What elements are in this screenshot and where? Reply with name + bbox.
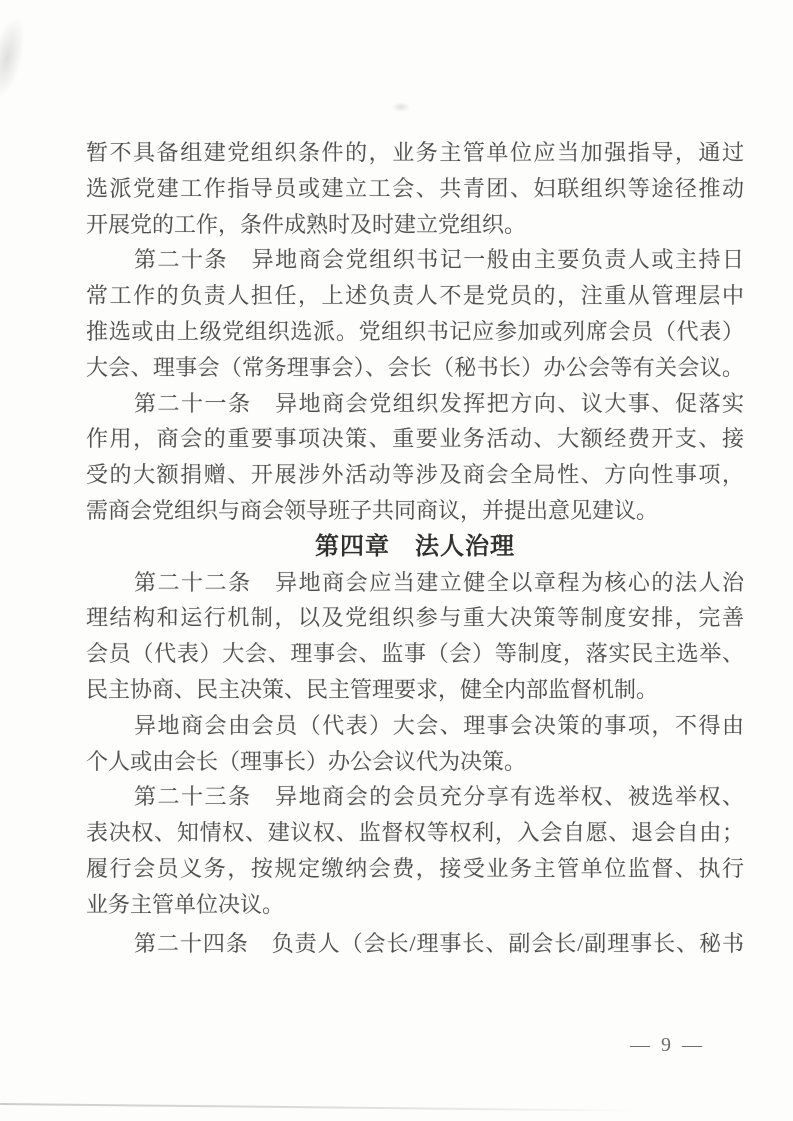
- body-line: 需商会党组织与商会领导班子共同商议，并提出意见建议。: [86, 493, 744, 529]
- body-line: 民主协商、民主决策、民主管理要求，健全内部监督机制。: [86, 672, 744, 708]
- scan-artifact-crease: [0, 1103, 650, 1112]
- body-line: 推选或由上级党组织选派。党组织书记应参加或列席会员（代表）: [86, 314, 744, 350]
- scan-artifact-mark: [392, 102, 410, 112]
- scan-artifact-smudge: [0, 14, 32, 103]
- paragraph-article-23: 第二十三条 异地商会的会员充分享有选举权、被选举权、 表决权、知情权、建议权、监…: [86, 779, 744, 922]
- body-line: 暂不具备组建党组织条件的，业务主管单位应当加强指导，通过: [86, 135, 744, 171]
- body-line: 第二十一条 异地商会党组织发挥把方向、议大事、促落实: [86, 386, 744, 422]
- body-line: 第二十条 异地商会党组织书记一般由主要负责人或主持日: [86, 242, 744, 278]
- body-line: 第二十三条 异地商会的会员充分享有选举权、被选举权、: [86, 779, 744, 815]
- paragraph-continuation: 暂不具备组建党组织条件的，业务主管单位应当加强指导，通过 选派党建工作指导员或建…: [86, 135, 744, 242]
- paragraph-decision-rule: 异地商会由会员（代表）大会、理事会决策的事项，不得由 个人或由会长（理事长）办公…: [86, 708, 744, 780]
- body-line: 开展党的工作，条件成熟时及时建立党组织。: [86, 207, 744, 243]
- body-line: 第二十二条 异地商会应当建立健全以章程为核心的法人治: [86, 565, 744, 601]
- body-line: 个人或由会长（理事长）办公会议代为决策。: [86, 744, 744, 780]
- paragraph-article-22: 第二十二条 异地商会应当建立健全以章程为核心的法人治 理结构和运行机制，以及党组…: [86, 565, 744, 708]
- paragraph-article-20: 第二十条 异地商会党组织书记一般由主要负责人或主持日 常工作的负责人担任，上述负…: [86, 242, 744, 385]
- body-line: 业务主管单位决议。: [86, 887, 744, 923]
- body-line: 会员（代表）大会、理事会、监事（会）等制度，落实民主选举、: [86, 636, 744, 672]
- paragraph-article-24: 第二十四条 负责人（会长/理事长、副会长/副理事长、秘书: [86, 926, 744, 962]
- body-line: 履行会员义务，按规定缴纳会费，接受业务主管单位监督、执行: [86, 851, 744, 887]
- body-line: 表决权、知情权、建议权、监督权等权利，入会自愿、退会自由；: [86, 815, 744, 851]
- chapter-heading: 第四章 法人治理: [86, 529, 744, 565]
- page-sheet: 暂不具备组建党组织条件的，业务主管单位应当加强指导，通过 选派党建工作指导员或建…: [0, 0, 793, 1121]
- paragraph-article-21: 第二十一条 异地商会党组织发挥把方向、议大事、促落实 作用，商会的重要事项决策、…: [86, 386, 744, 529]
- body-line: 常工作的负责人担任，上述负责人不是党员的，注重从管理层中: [86, 278, 744, 314]
- body-line: 大会、理事会（常务理事会）、会长（秘书长）办公会等有关会议。: [86, 350, 744, 386]
- body-line: 作用，商会的重要事项决策、重要业务活动、大额经费开支、接: [86, 421, 744, 457]
- body-line: 受的大额捐赠、开展涉外活动等涉及商会全局性、方向性事项，: [86, 457, 744, 493]
- page-number: — 9 —: [630, 1034, 705, 1057]
- body-line: 第二十四条 负责人（会长/理事长、副会长/副理事长、秘书: [86, 926, 744, 962]
- body-line: 异地商会由会员（代表）大会、理事会决策的事项，不得由: [86, 708, 744, 744]
- body-line: 选派党建工作指导员或建立工会、共青团、妇联组织等途径推动: [86, 171, 744, 207]
- document-body: 暂不具备组建党组织条件的，业务主管单位应当加强指导，通过 选派党建工作指导员或建…: [86, 135, 744, 961]
- body-line: 理结构和运行机制，以及党组织参与重大决策等制度安排，完善: [86, 600, 744, 636]
